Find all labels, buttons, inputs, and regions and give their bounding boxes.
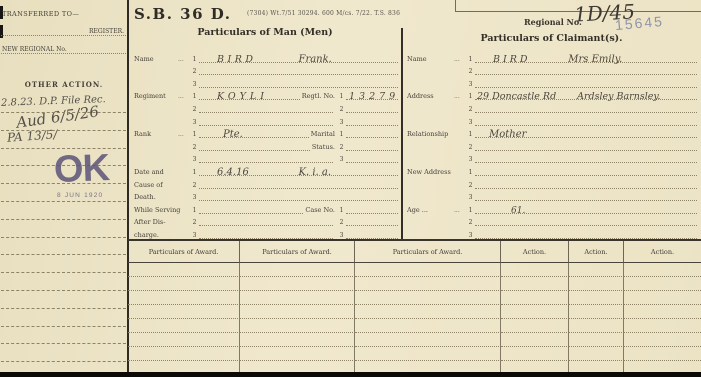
dotted-line xyxy=(475,162,697,176)
leader-dots: ... xyxy=(454,207,466,214)
dotted-line xyxy=(199,200,303,214)
award-table-cell xyxy=(501,277,569,291)
section-divider xyxy=(401,28,403,240)
field-label: Age ... xyxy=(407,206,454,214)
award-table-cell xyxy=(501,263,569,277)
record-card: TRANSFERRED TO— REGISTER. NEW REGIONAL N… xyxy=(0,0,701,377)
transferred-to-label: TRANSFERRED TO— xyxy=(2,10,124,18)
award-table-cell xyxy=(240,263,355,277)
dotted-line: 13279 xyxy=(346,87,398,101)
award-table-cell xyxy=(569,277,624,291)
dotted-line xyxy=(199,213,333,227)
award-table-cell xyxy=(569,333,624,347)
line-number: 3 xyxy=(190,156,199,163)
field-label: charge. xyxy=(134,231,178,239)
line-number: 2 xyxy=(466,182,475,189)
field-label: Relationship xyxy=(407,130,454,138)
award-table-cell xyxy=(240,319,355,333)
line-number: 2 xyxy=(190,68,199,75)
line-number: 1 xyxy=(466,169,475,176)
dotted-line xyxy=(199,62,398,76)
line-number: 2 xyxy=(466,219,475,226)
ruled-line xyxy=(1,237,126,238)
award-table-cell xyxy=(128,347,240,361)
award-table: Particulars of Award.Particulars of Awar… xyxy=(128,239,701,375)
line-number: 2 xyxy=(337,106,346,113)
award-table-cell xyxy=(128,305,240,319)
dotted-line xyxy=(346,150,398,164)
ruled-line xyxy=(1,272,126,273)
line-number: 3 xyxy=(466,194,475,201)
award-table-cell xyxy=(624,347,701,361)
award-table-cell xyxy=(240,347,355,361)
line-number: 2 xyxy=(337,144,346,151)
line-number: 3 xyxy=(337,119,346,126)
line-number: 1 xyxy=(190,131,199,138)
award-table-cell xyxy=(128,277,240,291)
scan-artifact xyxy=(455,0,456,11)
line-number: 3 xyxy=(190,232,199,239)
dotted-line: 61. xyxy=(475,200,697,214)
line-number: 2 xyxy=(190,219,199,226)
field-label: Cause of xyxy=(134,181,178,189)
award-table-header: Action. xyxy=(569,241,624,263)
award-table-header: Particulars of Award. xyxy=(355,241,501,263)
award-table-cell xyxy=(624,291,701,305)
line-number: 2 xyxy=(466,68,475,75)
line-number: 2 xyxy=(337,219,346,226)
award-table-cell xyxy=(240,305,355,319)
dotted-line xyxy=(199,74,398,88)
award-table-cell xyxy=(501,291,569,305)
award-table-cell xyxy=(624,277,701,291)
field-label: Address xyxy=(407,92,454,100)
line-number: 2 xyxy=(190,106,199,113)
dotted-line: 6.4.16K. i. a. xyxy=(199,162,398,176)
field-label: Death. xyxy=(134,193,178,201)
line-number: 1 xyxy=(466,131,475,138)
line-number: 1 xyxy=(190,169,199,176)
award-table-header: Action. xyxy=(624,241,701,263)
dotted-line xyxy=(199,137,310,151)
ruled-line xyxy=(1,219,126,220)
dotted-line: 29 Doncastle RdArdsley Barnsley. xyxy=(475,87,697,101)
form-row: charge.33 xyxy=(134,226,398,239)
ruled-line xyxy=(1,290,126,291)
dotted-line xyxy=(346,200,398,214)
line-number: 1 xyxy=(466,93,475,100)
award-table-cell xyxy=(569,319,624,333)
print-code: (7304) Wt.7/51 30294. 600 M/cs. 7/22. T.… xyxy=(247,10,400,17)
stamp-number: 15645 xyxy=(614,13,664,33)
dotted-line xyxy=(346,112,398,126)
man-particulars-rows: Name...1BIRDFrank.23Regiment...1KOYLIReg… xyxy=(134,50,398,239)
award-table-cell xyxy=(501,319,569,333)
award-table-cell xyxy=(569,291,624,305)
man-section-title: Particulars of Man (Men) xyxy=(128,27,402,38)
line-number: 1 xyxy=(337,207,346,214)
scan-edge xyxy=(0,372,701,377)
dotted-line xyxy=(199,99,333,113)
field-label: Date and xyxy=(134,168,178,176)
line-number: 1 xyxy=(190,207,199,214)
dotted-line xyxy=(199,150,333,164)
leader-dots: ... xyxy=(178,93,190,100)
dotted-line xyxy=(475,99,697,113)
award-table-cell xyxy=(355,291,501,305)
dotted-line xyxy=(475,175,697,189)
award-table-cell xyxy=(355,277,501,291)
dotted-line: KOYLI xyxy=(199,87,300,101)
award-table-cell xyxy=(569,347,624,361)
line-number: 1 xyxy=(337,93,346,100)
dotted-line: BIRDFrank. xyxy=(199,49,398,63)
field-label: Rank xyxy=(134,130,178,138)
award-table-cell xyxy=(501,305,569,319)
line-number: 1 xyxy=(337,131,346,138)
ruled-line xyxy=(1,308,126,309)
line-number: 1 xyxy=(190,56,199,63)
line-number: 2 xyxy=(466,144,475,151)
award-table-cell xyxy=(624,305,701,319)
form-row: 3 xyxy=(407,226,697,239)
dotted-line xyxy=(475,213,697,227)
award-table-header: Action. xyxy=(501,241,569,263)
ok-stamp: OK xyxy=(53,149,109,189)
dotted-line xyxy=(475,62,697,76)
dotted-line xyxy=(346,137,398,151)
award-table-cell xyxy=(624,263,701,277)
field-label: New Address xyxy=(407,168,454,176)
new-regional-line: NEW REGIONAL No. xyxy=(1,43,126,54)
register-label: REGISTER. xyxy=(89,28,124,35)
award-table-cell xyxy=(355,319,501,333)
line-number: 2 xyxy=(190,144,199,151)
ruled-line xyxy=(1,343,126,344)
line-number: 3 xyxy=(337,232,346,239)
dotted-line xyxy=(199,188,398,202)
dotted-line xyxy=(475,74,697,88)
line-number: 2 xyxy=(190,182,199,189)
award-table-cell xyxy=(569,263,624,277)
dotted-line xyxy=(475,150,697,164)
line-number: 3 xyxy=(190,119,199,126)
register-line: REGISTER. xyxy=(1,25,126,36)
dotted-line xyxy=(475,137,697,151)
award-table-cell xyxy=(128,263,240,277)
line-number: 2 xyxy=(466,106,475,113)
award-table-cell xyxy=(624,333,701,347)
line-number: 1 xyxy=(466,56,475,63)
award-table-header: Particulars of Award. xyxy=(128,241,240,263)
award-table-cell xyxy=(355,347,501,361)
dotted-line xyxy=(346,99,398,113)
line-number: 3 xyxy=(466,156,475,163)
line-number: 3 xyxy=(466,81,475,88)
field-label: After Dis- xyxy=(134,218,178,226)
award-table-cell xyxy=(624,319,701,333)
award-table-cell xyxy=(240,333,355,347)
field-label: Name xyxy=(134,55,178,63)
form-number: S.B. 36 D. xyxy=(134,5,231,23)
field-label: Regiment xyxy=(134,92,178,100)
dotted-line: Pte. xyxy=(199,125,309,139)
award-table-cell xyxy=(240,291,355,305)
dotted-line: Mother xyxy=(475,125,697,139)
leader-dots: ... xyxy=(178,131,190,138)
line-number: 1 xyxy=(466,207,475,214)
other-action-label: OTHER ACTION. xyxy=(0,80,128,89)
line-number: 1 xyxy=(190,93,199,100)
regional-no-label: Regional No. xyxy=(524,17,582,27)
award-table-cell xyxy=(355,263,501,277)
award-table-cell xyxy=(355,333,501,347)
dotted-line xyxy=(199,112,333,126)
line-number: 3 xyxy=(466,119,475,126)
award-table-cell xyxy=(128,319,240,333)
claimant-particulars-rows: Name...1BIRDMrs Emily.23Address...129 Do… xyxy=(407,50,697,239)
leader-dots: ... xyxy=(178,56,190,63)
dotted-line xyxy=(346,213,398,227)
ruled-line xyxy=(1,254,126,255)
dotted-line xyxy=(475,225,697,239)
award-table-cell xyxy=(569,305,624,319)
award-table-header: Particulars of Award. xyxy=(240,241,355,263)
line-number: 3 xyxy=(190,81,199,88)
claimant-section-title: Particulars of Claimant(s). xyxy=(402,33,701,44)
dotted-line xyxy=(346,125,398,139)
award-table-cell xyxy=(355,305,501,319)
dotted-line xyxy=(346,225,398,239)
field-label: Name xyxy=(407,55,454,63)
award-table-cell xyxy=(240,277,355,291)
line-number: 3 xyxy=(466,232,475,239)
ruled-line xyxy=(1,326,126,327)
leader-dots: ... xyxy=(454,93,466,100)
dotted-line xyxy=(475,188,697,202)
ruled-line xyxy=(1,112,126,113)
ruled-line xyxy=(1,201,126,202)
line-number: 3 xyxy=(190,194,199,201)
ruled-line xyxy=(1,361,126,362)
leader-dots: ... xyxy=(454,56,466,63)
date-stamp: 8 JUN 1920 xyxy=(57,192,103,199)
dotted-line xyxy=(199,225,333,239)
field-label: While Serving xyxy=(134,206,178,214)
new-regional-label: NEW REGIONAL No. xyxy=(2,46,67,53)
dotted-line: BIRDMrs Emily. xyxy=(475,49,697,63)
dotted-line xyxy=(199,175,398,189)
ruled-line xyxy=(1,130,126,131)
sub-field-label: Marital xyxy=(309,130,337,138)
award-table-cell xyxy=(128,291,240,305)
award-table-cell xyxy=(501,347,569,361)
award-table-cell xyxy=(501,333,569,347)
award-table-cell xyxy=(128,333,240,347)
dotted-line xyxy=(475,112,697,126)
